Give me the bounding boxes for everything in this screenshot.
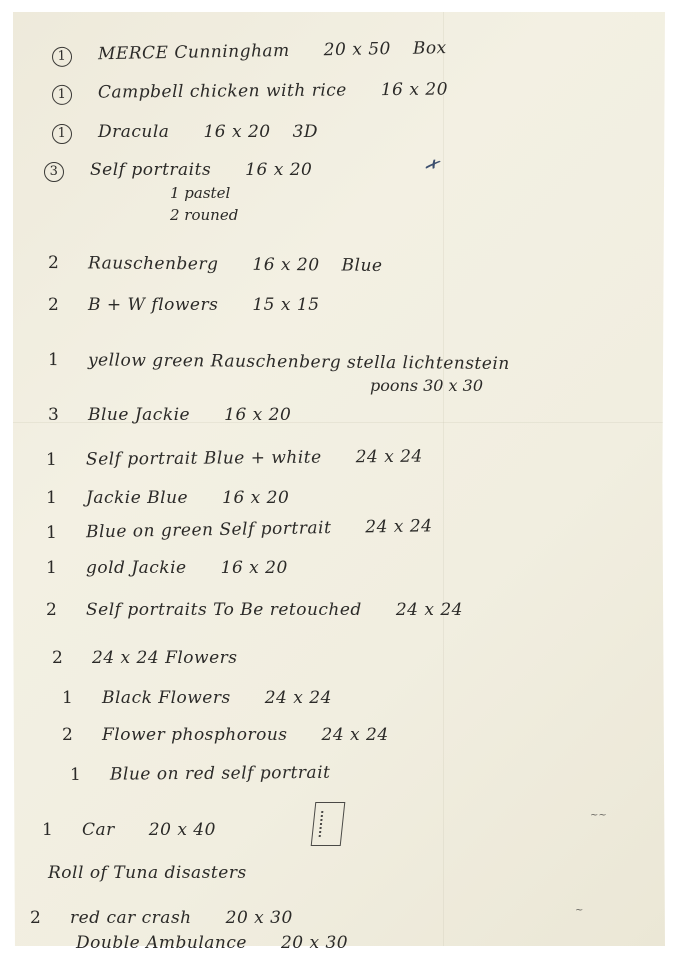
entry-description: Rauschenberg [88, 253, 219, 274]
entry-description: MERCE Cunningham [98, 41, 290, 64]
entry-description: Jackie Blue [86, 488, 188, 508]
entry-size: 16 x 20 [221, 558, 288, 578]
box-sketch-icon [311, 802, 346, 846]
entry-size: 20 x 30 [226, 908, 293, 928]
list-entry: 1Blue on red self portrait [70, 762, 365, 785]
entry-note: Blue [342, 256, 383, 276]
entry-description: Self portraits [90, 160, 211, 180]
entry-size: 24 x 24 [396, 600, 463, 620]
entry-quantity: 1 [46, 523, 68, 543]
list-entry: 1Black Flowers24 x 24 [62, 688, 354, 708]
entry-quantity: 2 [30, 908, 52, 928]
entry-size: 16 x 20 [222, 488, 289, 508]
entry-quantity: 1 [48, 350, 70, 370]
entry-quantity: 2 [48, 295, 70, 315]
entry-description: yellow green Rauschenberg stella lichten… [88, 350, 510, 374]
entry-description: Campbell chicken with rice [98, 80, 347, 102]
list-entry: 1Dracula16 x 203D [52, 122, 318, 144]
list-entry: 3Blue Jackie16 x 20 [48, 405, 313, 425]
entry-note: 3D [293, 122, 318, 142]
paper-crease [443, 12, 444, 946]
entry-description: Self portrait Blue + white [86, 448, 322, 470]
entry-description: Roll of Tuna disasters [48, 863, 247, 883]
entry-size: 16 x 20 [381, 80, 448, 101]
entry-size: 24 x 24 [356, 447, 423, 468]
list-entry: 3Self portraits16 x 20 [44, 160, 334, 182]
entry-quantity: 3 [44, 162, 64, 182]
list-entry: 2red car crash20 x 30 [30, 908, 315, 928]
entry-quantity: 2 [46, 600, 68, 620]
list-entry: 1Car20 x 40 [42, 820, 238, 840]
list-entry: 224 x 24 Flowers [52, 648, 272, 668]
entry-quantity: 1 [70, 765, 92, 785]
list-entry: 1Jackie Blue16 x 20 [46, 488, 311, 508]
entry-size: 16 x 20 [245, 160, 312, 180]
margin-mark: ~ [575, 905, 583, 916]
entry-continuation: poons 30 x 30 [370, 376, 483, 395]
entry-description: Double Ambulance [76, 933, 247, 953]
list-entry: 1Self portrait Blue + white24 x 24 [46, 447, 445, 470]
entry-description: Blue Jackie [88, 405, 190, 425]
entry-description: Car [82, 820, 115, 840]
entry-size: 16 x 20 [203, 122, 270, 142]
entry-description: Dracula [98, 122, 169, 142]
list-entry: 2Self portraits To Be retouched24 x 24 [46, 600, 485, 620]
entry-quantity: 1 [46, 558, 68, 578]
entry-description: gold Jackie [86, 558, 187, 578]
entry-description: red car crash [70, 908, 192, 928]
entry-size: 16 x 20 [252, 255, 319, 276]
entry-subline: 1 pastel [170, 184, 230, 202]
entry-quantity: 2 [52, 648, 74, 668]
entry-size: 15 x 15 [252, 295, 319, 315]
entry-note: Box [413, 38, 447, 59]
margin-mark: ~~ [590, 810, 607, 821]
entry-quantity: 3 [48, 405, 70, 425]
entry-size: 24 x 24 [265, 688, 332, 708]
entry-description: Self portraits To Be retouched [86, 600, 362, 620]
entry-description: Blue on red self portrait [110, 763, 331, 785]
entry-quantity: 1 [46, 488, 68, 508]
list-entry: 2B + W flowers15 x 15 [48, 295, 342, 315]
entry-size: 20 x 50 [324, 39, 392, 60]
list-entry: 1Campbell chicken with rice16 x 20 [52, 79, 470, 105]
entry-size: 16 x 20 [224, 405, 291, 425]
entry-quantity: 1 [52, 47, 72, 67]
entry-description: 24 x 24 Flowers [92, 648, 238, 668]
entry-description: Flower phosphorous [102, 725, 288, 745]
entry-size: 24 x 24 [365, 516, 433, 537]
entry-description: Blue on green Self portrait [86, 518, 332, 542]
list-entry: 1gold Jackie16 x 20 [46, 558, 310, 578]
entry-size: 20 x 40 [149, 820, 216, 840]
entry-quantity: 1 [52, 85, 72, 105]
entry-size: 20 x 30 [281, 933, 348, 953]
entry-description: Black Flowers [102, 688, 231, 708]
entry-description: B + W flowers [88, 295, 218, 315]
entry-quantity: 2 [62, 725, 84, 745]
list-entry: Double Ambulance20 x 30 [76, 933, 370, 953]
entry-subline: 2 rouned [170, 206, 238, 224]
entry-size: 24 x 24 [322, 725, 389, 745]
list-entry: 2Rauschenberg16 x 20Blue [48, 253, 383, 276]
entry-quantity: 2 [48, 253, 70, 273]
list-entry: 2Flower phosphorous24 x 24 [62, 725, 411, 745]
entry-quantity: 1 [42, 820, 64, 840]
entry-quantity: 1 [52, 124, 72, 144]
entry-quantity: 1 [62, 688, 84, 708]
list-entry: Roll of Tuna disasters [48, 863, 281, 883]
entry-quantity: 1 [46, 450, 68, 470]
